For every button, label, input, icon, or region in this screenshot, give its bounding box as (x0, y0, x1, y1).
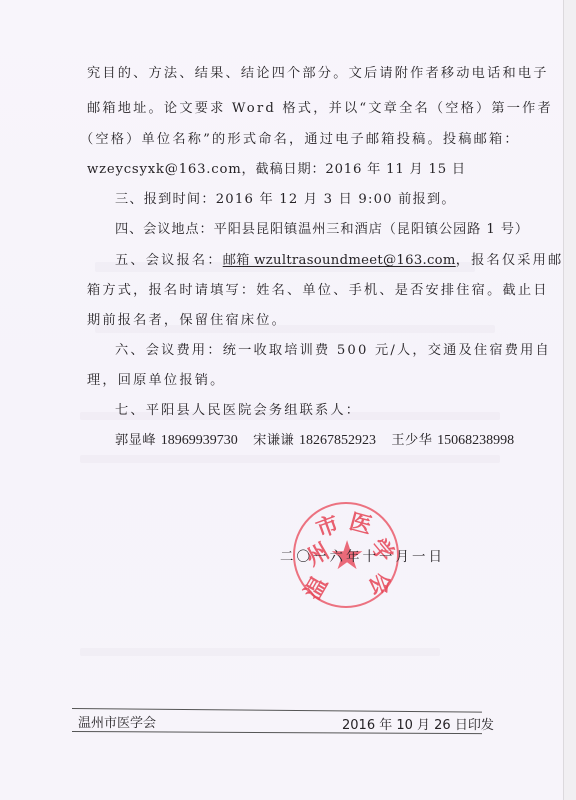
meeting-location: 四、会议地点：平阳县昆阳镇温州三和酒店（昆阳镇公园路 1 号） (115, 221, 529, 239)
registration-time: 三、报到时间：2016 年 12 月 3 日 9:00 前报到。 (115, 191, 456, 209)
body-line: （空格）单位名称”的形式命名，通过电子邮箱投稿。投稿邮箱： (80, 131, 520, 149)
body-line: 理，回原单位报销。 (87, 372, 226, 390)
page-edge (563, 0, 576, 800)
meeting-fee: 六、会议费用：统一收取培训费 500 元/人，交通及住宿费用自 (115, 342, 551, 360)
body-line: 期前报名者，保留住宿床位。 (87, 312, 287, 330)
contacts-heading: 七、平阳县人民医院会务组联系人： (115, 402, 361, 420)
contact-list: 郭显峰 18969939730 宋谦谦 18267852923 王少华 1506… (115, 432, 514, 450)
registration-suffix: ，报名仅采用邮 (456, 253, 564, 268)
submission-email-deadline: wzeycsyxk@163.com，截稿日期：2016 年 11 月 15 日 (87, 161, 466, 179)
body-line: 箱方式，报名时请填写：姓名、单位、手机、是否安排住宿。截止日 (87, 282, 549, 300)
body-line: 邮箱地址。论文要求 Word 格式，并以“文章全名（空格）第一作者 (87, 100, 553, 118)
document-page: 究目的、方法、结果、结论四个部分。文后请附作者移动电话和电子 邮箱地址。论文要求… (0, 0, 563, 800)
contact-name: 郭显峰 (115, 433, 156, 448)
bleed-through-mark (80, 648, 440, 656)
contact-phone: 18969939730 (161, 433, 238, 448)
contact-phone: 18267852923 (299, 433, 376, 448)
body-line: 究目的、方法、结果、结论四个部分。文后请附作者移动电话和电子 (87, 65, 549, 83)
registration-label: 五、会议报名： (115, 253, 223, 268)
footer-printed-date: 2016 年 10 月 26 日印发 (342, 714, 494, 733)
footer-issuer: 温州市医学会 (78, 712, 156, 731)
registration-email-link[interactable]: 邮箱 wzultrasoundmeet@163.com (223, 253, 456, 268)
contact-name: 宋谦谦 (253, 433, 294, 448)
contact-phone: 15068238998 (437, 433, 514, 448)
registration-line: 五、会议报名：邮箱 wzultrasoundmeet@163.com，报名仅采用… (115, 252, 563, 270)
signature-date: 二〇一六年十一月一日 (280, 545, 445, 565)
contact-name: 王少华 (391, 433, 432, 448)
bleed-through-mark (80, 455, 500, 463)
